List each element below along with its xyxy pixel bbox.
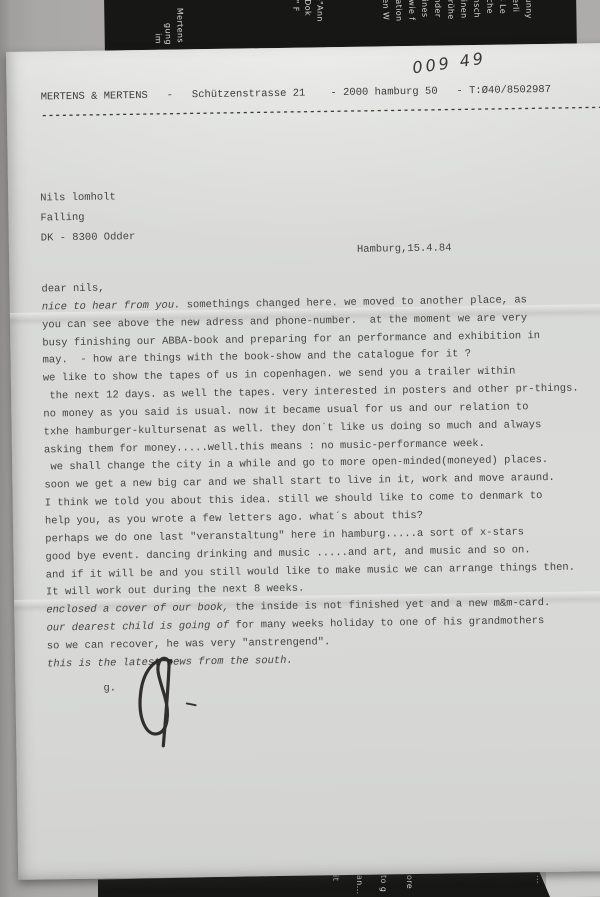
card-text-fragment: nikation: [394, 0, 404, 22]
card-text-fragment: an...: [355, 875, 364, 895]
photo-surface: imgungMertens- II" Fn, Doknie"Anninten W…: [0, 0, 600, 897]
letter-body: dear nils,nice to hear from you. somethi…: [41, 274, 582, 674]
card-text-fragment: ontinen: [459, 0, 469, 19]
card-text-fragment: ie frühe: [446, 0, 456, 20]
dateline: Hamburg,15.4.84: [357, 242, 452, 255]
card-text-fragment: im: [154, 33, 163, 44]
card-text-fragment: n, Dok: [303, 0, 312, 16]
card-text-fragment: t ander: [433, 0, 442, 18]
card-text-fragment: to g: [379, 875, 388, 892]
handwritten-number: 009 49: [411, 48, 487, 77]
recipient-address: Nils lomholtFallingDK - 8300 Odder: [40, 187, 135, 248]
recipient-line: Nils lomholt: [40, 187, 135, 208]
card-text-fragment: nie"Ann: [315, 0, 325, 22]
card-text-fragment: - II" F: [291, 0, 300, 12]
card-text-fragment: d sunny: [524, 0, 534, 19]
card-text-fragment: inten W: [381, 0, 391, 20]
card-text-fragment: ibliche: [485, 0, 494, 14]
card-text-fragment: Das Le: [498, 0, 507, 14]
card-text-fragment: ...: [535, 875, 544, 884]
card-text-fragment: it: [331, 875, 340, 881]
card-text-fragment: Mensch: [472, 0, 482, 18]
letterhead-divider: ----------------------------------------…: [41, 102, 600, 122]
recipient-line: DK - 8300 Odder: [41, 227, 136, 248]
card-text-fragment: Mertens: [175, 8, 185, 43]
signature-flourish: [131, 651, 184, 752]
card-text-fragment: e Verli: [511, 0, 520, 12]
letter-paper: MERTENS & MERTENS - Schützenstrasse 21 -…: [6, 43, 600, 880]
signature-initial: g.: [103, 682, 116, 694]
signature-dash: [186, 702, 197, 706]
card-text-fragment: gung: [163, 23, 172, 45]
card-text-fragment: ore: [405, 875, 414, 889]
letterhead-text: MERTENS & MERTENS - Schützenstrasse 21 -…: [41, 84, 552, 104]
card-text-fragment: o eines: [420, 0, 429, 18]
card-text-fragment: ch wie f: [407, 0, 417, 21]
recipient-line: Falling: [40, 207, 135, 228]
